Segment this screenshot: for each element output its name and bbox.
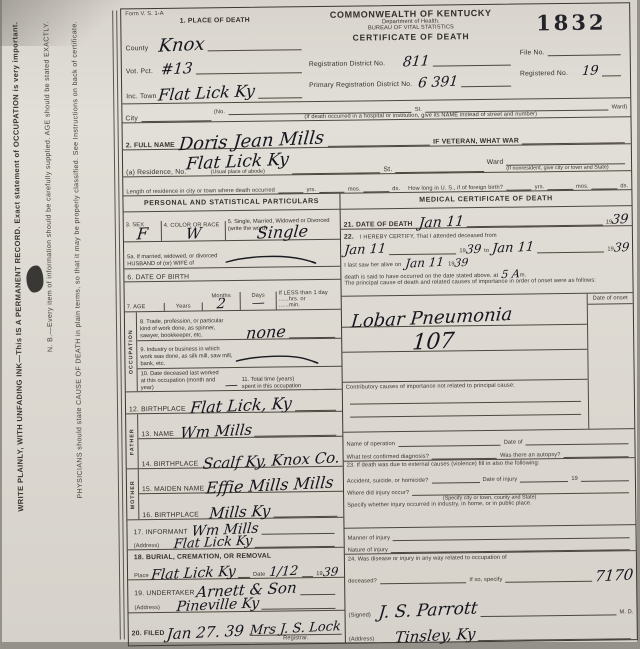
occupation-group: OCCUPATION 8. Trade, profession, or part…	[125, 310, 342, 393]
injury-date-label: Date of injury	[482, 476, 517, 482]
full-name-label: 2. FULL NAME	[126, 142, 175, 150]
mother-vertical-label: MOTHER	[127, 469, 140, 519]
blank-line	[300, 592, 335, 595]
father-birthplace-label: 14. BIRTHPLACE	[142, 460, 199, 468]
inc-town-label: Inc. Town	[126, 93, 156, 100]
blank-line	[592, 186, 618, 189]
father-name-value: Wm Mills	[179, 424, 252, 439]
margin-note: WRITE PLAINLY, WITH UNFADING INK—This IS…	[8, 22, 32, 639]
yrs-label: yrs.	[307, 187, 317, 193]
father-group: FATHER 13. NAME Wm Mills 14. BIRTHPLACE …	[126, 412, 343, 470]
blank-line	[432, 456, 497, 460]
blank-line	[258, 95, 302, 99]
blank-line	[319, 190, 345, 193]
file-no-row: File No.	[520, 37, 624, 56]
last-saw-date: Jan 11	[405, 258, 445, 269]
registration-district-label: Registration District No.	[309, 60, 385, 68]
informant-address-label: (Address)	[134, 543, 160, 549]
blank-line	[380, 580, 467, 584]
last-saw-year: 39	[454, 259, 469, 268]
sex-race-marital-row: 3. SEX F 4. COLOR OR RACE W 5. Single, M…	[124, 210, 340, 243]
ds-label: ds.	[392, 186, 400, 192]
blank-line	[262, 606, 336, 610]
filed-row: 20. FILED Jan 27. 39 Mrs J. S. Lock Regi…	[129, 611, 345, 644]
trade-label: 8. Trade, profession, or particular kind…	[140, 319, 232, 341]
section-1-title: 1. PLACE OF DEATH	[125, 16, 304, 25]
where-label: Where did injury occur?	[347, 490, 409, 497]
time-of-death-value: 5 A	[501, 270, 520, 279]
physician-address-row: (Address) Tinsley, Ky	[346, 615, 637, 643]
blank-line	[563, 455, 628, 459]
last-worked-label: 10. Date deceased last worked at this oc…	[141, 371, 225, 393]
sex-cell: 3. SEX F	[124, 221, 162, 241]
father-name-label: 13. NAME	[141, 431, 174, 438]
last-worked-value: —	[224, 381, 238, 391]
margin-note: PHYSICIANS should state CAUSE OF DEATH i…	[68, 21, 92, 638]
filed-date-value: Jan 27. 39	[166, 625, 244, 640]
physician-address-value: Tinsley, Ky	[394, 628, 476, 643]
external-causes-block: 23. If death was due to external causes …	[344, 458, 636, 527]
mother-maiden-row: 15. MAIDEN NAME Effie Mills Mills	[139, 467, 343, 494]
mother-birthplace-value: Mills Ky	[209, 505, 271, 519]
ward-block: Ward (If nonresident, give city or town …	[487, 157, 628, 172]
marital-value: Single	[257, 225, 309, 239]
residence-label: (a) Residence, No.	[126, 169, 186, 177]
occupation-rows: 8. Trade, profession, or particular kind…	[137, 310, 342, 391]
mos-label: mos.	[576, 184, 589, 190]
death-certificate: WRITE PLAINLY, WITH UNFADING INK—This IS…	[0, 0, 640, 649]
if-so-label: If so, specify	[469, 577, 502, 583]
margin-note: N. B.—Every item of information should b…	[40, 21, 64, 638]
date-of-death-row: 21. DATE OF DEATH Jan 11 19 39	[341, 206, 632, 230]
birthplace-label: 12. BIRTHPLACE	[129, 406, 186, 414]
cause-line: Lobar Pneumonia	[342, 294, 587, 328]
registrar-block: Mrs J. S. Lock Registrar.	[250, 624, 342, 642]
length-label: Length of residence in city or town wher…	[126, 188, 275, 196]
vot-pct-label: Vot. Pct.	[126, 68, 153, 75]
blank-line	[547, 187, 573, 190]
blank-line	[302, 574, 314, 577]
registered-no-value: 19	[582, 67, 599, 78]
undertaker-address-line: (Address) Pineville Ky	[131, 595, 341, 612]
mos-label: mos.	[348, 186, 361, 192]
age-months-value: 2	[216, 298, 226, 309]
county-row: County Knox	[125, 26, 304, 52]
nature-label: Nature of injury	[348, 547, 388, 553]
ruled-line	[350, 401, 581, 417]
scanned-certificate-image: WRITE PLAINLY, WITH UNFADING INK—This IS…	[0, 0, 640, 649]
residence-st-label: St.	[383, 166, 392, 173]
burial-place-label: Place	[134, 573, 149, 579]
age-cell: 7. AGE	[125, 303, 165, 311]
autopsy-label: Was there an autopsy?	[500, 452, 560, 459]
trade-value: none	[246, 326, 287, 340]
blank-line	[433, 63, 511, 67]
date-of-onset-label: Date of onset	[588, 293, 633, 305]
undertaker-label: 19. UNDERTAKER	[134, 590, 194, 598]
burial-date-label: Date	[253, 572, 265, 578]
age-months-cell: Months 2	[203, 291, 241, 310]
file-no-label: File No.	[520, 49, 545, 56]
undertaker-row: 19. UNDERTAKER Arnett & Son (Address) Pi…	[128, 578, 344, 614]
burial-year-value: 39	[322, 568, 338, 578]
maiden-name-label: 15. MAIDEN NAME	[142, 485, 204, 493]
masthead-right: 1832 File No. Registered No. 19	[513, 3, 630, 98]
mother-birthplace-row: 16. BIRTHPLACE Mills Ky	[139, 492, 343, 519]
deceased-label: deceased?	[348, 578, 377, 584]
burial-date-value: 1/12	[269, 567, 299, 578]
death-year-value: 39	[612, 215, 629, 226]
registration-district-value: 811	[403, 56, 431, 68]
undertaker-address-label: (Address)	[134, 605, 160, 611]
city-label: City	[125, 115, 138, 122]
cause-code-value: 107	[411, 333, 454, 352]
blank-line	[364, 189, 390, 192]
registrar-signature: Mrs J. S. Lock	[250, 622, 342, 636]
burial-row: 18. BURIAL, CREMATION, OR REMOVAL Place …	[128, 548, 344, 581]
masthead: Form V. S. 1-A 1. PLACE OF DEATH County …	[121, 3, 630, 104]
race-cell: 4. COLOR OR RACE W	[162, 221, 226, 241]
informant-row: 17. INFORMANT Wm Mills (Address) Flat Li…	[127, 518, 343, 551]
occupation-code-value: 7170	[594, 569, 633, 582]
certificate-number-stamp: 1832	[519, 9, 623, 35]
residence-value-block: Flat Lick Ky (Usual place of abode)	[186, 156, 289, 176]
blank-line	[520, 479, 568, 483]
attended-from-year: 39	[465, 245, 481, 255]
yrs-label: yrs.	[535, 184, 545, 190]
masthead-center: COMMONWEALTH OF KENTUCKY Department of H…	[308, 5, 514, 101]
primary-district-label: Primary Registration District No.	[309, 81, 412, 89]
registration-district-row: Registration District No. 811	[309, 44, 514, 69]
cause-lines: Lobar Pneumonia 107	[342, 294, 588, 383]
signed-row: (Signed) J. S. Parrott M. D.	[345, 589, 636, 619]
blank-line	[207, 47, 301, 51]
blank-line	[581, 478, 629, 482]
blank-line	[278, 190, 304, 193]
last-saw-text: I last saw her alive on	[344, 262, 401, 269]
burial-detail-line: Place Flat Lick Ky Date 1/12 19 39	[131, 559, 341, 580]
to-label: to	[484, 248, 489, 254]
accident-label: Accident, suicide, or homicide?	[347, 477, 429, 484]
onset-column-lower	[588, 379, 635, 429]
last-worked-row: 10. Date deceased last worked at this oc…	[138, 367, 342, 392]
blank-line	[467, 223, 603, 228]
husband-wife-row: 5a. If married, widowed, or divorced HUS…	[124, 240, 340, 270]
mother-rows: 15. MAIDEN NAME Effie Mills Mills 16. BI…	[139, 467, 344, 519]
occupation-related-line: deceased? If so, specify 7170	[348, 559, 633, 584]
nonresident-note: (If nonresident, give city or town and S…	[506, 164, 609, 171]
blank-line	[506, 187, 532, 190]
age-years-cell: Years	[165, 302, 203, 310]
race-value: W	[185, 228, 201, 240]
sex-value: F	[136, 228, 148, 241]
trade-row: 8. Trade, profession, or particular kind…	[137, 310, 341, 341]
total-time-label: 11. Total time (years) spent in this occ…	[242, 376, 310, 391]
blank-line	[238, 575, 250, 578]
date-of-death-label: 21. DATE OF DEATH	[344, 221, 413, 229]
blank-line	[196, 70, 302, 74]
blank-line	[431, 480, 479, 484]
age-days-value: —	[251, 299, 265, 309]
mother-group: MOTHER 15. MAIDEN NAME Effie Mills Mills…	[127, 467, 344, 521]
blank-line	[505, 579, 592, 583]
birthplace-row: 12. BIRTHPLACE Flat Lick, Ky	[126, 390, 342, 415]
attended-to-value: Jan 11	[492, 243, 535, 255]
min-label: ......min.	[279, 302, 339, 309]
item-22-label: 22.	[344, 234, 354, 241]
occupation-related-block: 24. Was disease or injury in any way rel…	[345, 551, 636, 592]
vot-pct-value: #13	[160, 63, 193, 76]
medical-column: MEDICAL CERTIFICATE OF DEATH 21. DATE OF…	[339, 190, 636, 643]
cause-section: Lobar Pneumonia 107 Date of onset	[342, 292, 634, 382]
certificate-title: CERTIFICATE OF DEATH	[308, 31, 513, 44]
date-of-birth-label: 6. DATE OF BIRTH	[127, 274, 189, 282]
date-of-death-value: Jan 11	[418, 216, 464, 229]
age-label: 7. AGE	[127, 304, 162, 310]
undertaker-line: 19. UNDERTAKER Arnett & Son	[131, 578, 341, 598]
father-vertical-label: FATHER	[126, 414, 139, 468]
informant-label: 17. INFORMANT	[133, 529, 187, 537]
form-box: Form V. S. 1-A 1. PLACE OF DEATH County …	[120, 2, 638, 646]
inc-town-value: Flat Lick Ky	[158, 85, 256, 102]
filed-label: 20. FILED	[132, 630, 165, 637]
father-rows: 13. NAME Wm Mills 14. BIRTHPLACE Scalf K…	[138, 412, 343, 468]
blank-line	[602, 73, 621, 76]
contributory-section: Contributory causes of importance not re…	[343, 379, 635, 432]
blank-line	[289, 335, 335, 339]
blank-line	[295, 408, 337, 412]
place-of-death-block: Form V. S. 1-A 1. PLACE OF DEATH County …	[121, 7, 309, 103]
age-less-cell: If LESS than 1 day ......hrs. or ......m…	[277, 289, 341, 310]
primary-district-value: 6 391	[418, 76, 459, 88]
ruled-line	[342, 349, 587, 353]
personal-column: PERSONAL AND STATISTICAL PARTICULARS 3. …	[123, 194, 344, 646]
primary-district-row: Primary Registration District No. 6 391	[309, 69, 514, 90]
veteran-label: IF VETERAN, WHAT WAR	[433, 138, 519, 146]
contributory-lines: Contributory causes of importance not re…	[343, 379, 589, 432]
test-label: What test confirmed diagnosis?	[347, 454, 429, 461]
husband-wife-label: 5a. If married, widowed, or divorced HUS…	[127, 254, 222, 269]
pen-flourish	[222, 252, 317, 267]
year-prefix: 19	[571, 476, 578, 482]
years-label: Years	[167, 303, 200, 309]
attended-to-year: 39	[613, 243, 629, 253]
ink-blot	[26, 265, 43, 292]
undertaker-address-value: Pineville Ky	[176, 598, 260, 612]
foreign-birth-label: How long in U. S., if of foreign birth?	[408, 185, 503, 192]
cause-code-area: 107	[342, 325, 588, 383]
age-row: 7. AGE Years Months 2 Days —	[124, 280, 340, 313]
blank-line	[548, 52, 621, 56]
vot-row: Vot. Pct. #13	[126, 53, 305, 75]
residence-ward-label: Ward	[487, 159, 504, 166]
blank-line	[461, 84, 511, 88]
father-name-row: 13. NAME Wm Mills	[138, 412, 342, 439]
inc-town-row: Inc. Town Flat Lick Ky	[126, 76, 305, 100]
occupation-vertical-label: OCCUPATION	[125, 312, 138, 391]
mother-birthplace-label: 16. BIRTHPLACE	[142, 511, 199, 519]
onset-column: Date of onset	[587, 293, 634, 379]
industry-row: 9. Industry or business in which work wa…	[137, 339, 341, 369]
county-label: County	[126, 45, 149, 52]
county-value: Knox	[158, 37, 205, 53]
marital-cell: 5. Single, Married, Widowed or Divorced …	[226, 217, 340, 240]
informant-address-line: (Address) Flat Lick Ky	[131, 534, 341, 550]
columns: PERSONAL AND STATISTICAL PARTICULARS 3. …	[123, 190, 636, 645]
pen-flourish	[232, 352, 320, 367]
blank-line	[478, 636, 631, 641]
certify-block: 22. I HEREBY CERTIFY, That I attended de…	[341, 226, 633, 295]
physician-address-label: (Address)	[349, 636, 375, 642]
attended-from-value: Jan 11	[344, 245, 387, 257]
father-birthplace-row: 14. BIRTHPLACE Scalf Ky, Knox Co.	[138, 437, 342, 468]
ds-label: ds.	[620, 183, 628, 189]
registered-no-row: Registered No. 19	[520, 58, 624, 77]
residence-value: Flat Lick Ky	[186, 154, 290, 172]
registered-no-label: Registered No.	[520, 70, 568, 78]
industry-label: 9. Industry or business in which work wa…	[140, 347, 232, 369]
age-days-cell: Days —	[241, 292, 277, 310]
